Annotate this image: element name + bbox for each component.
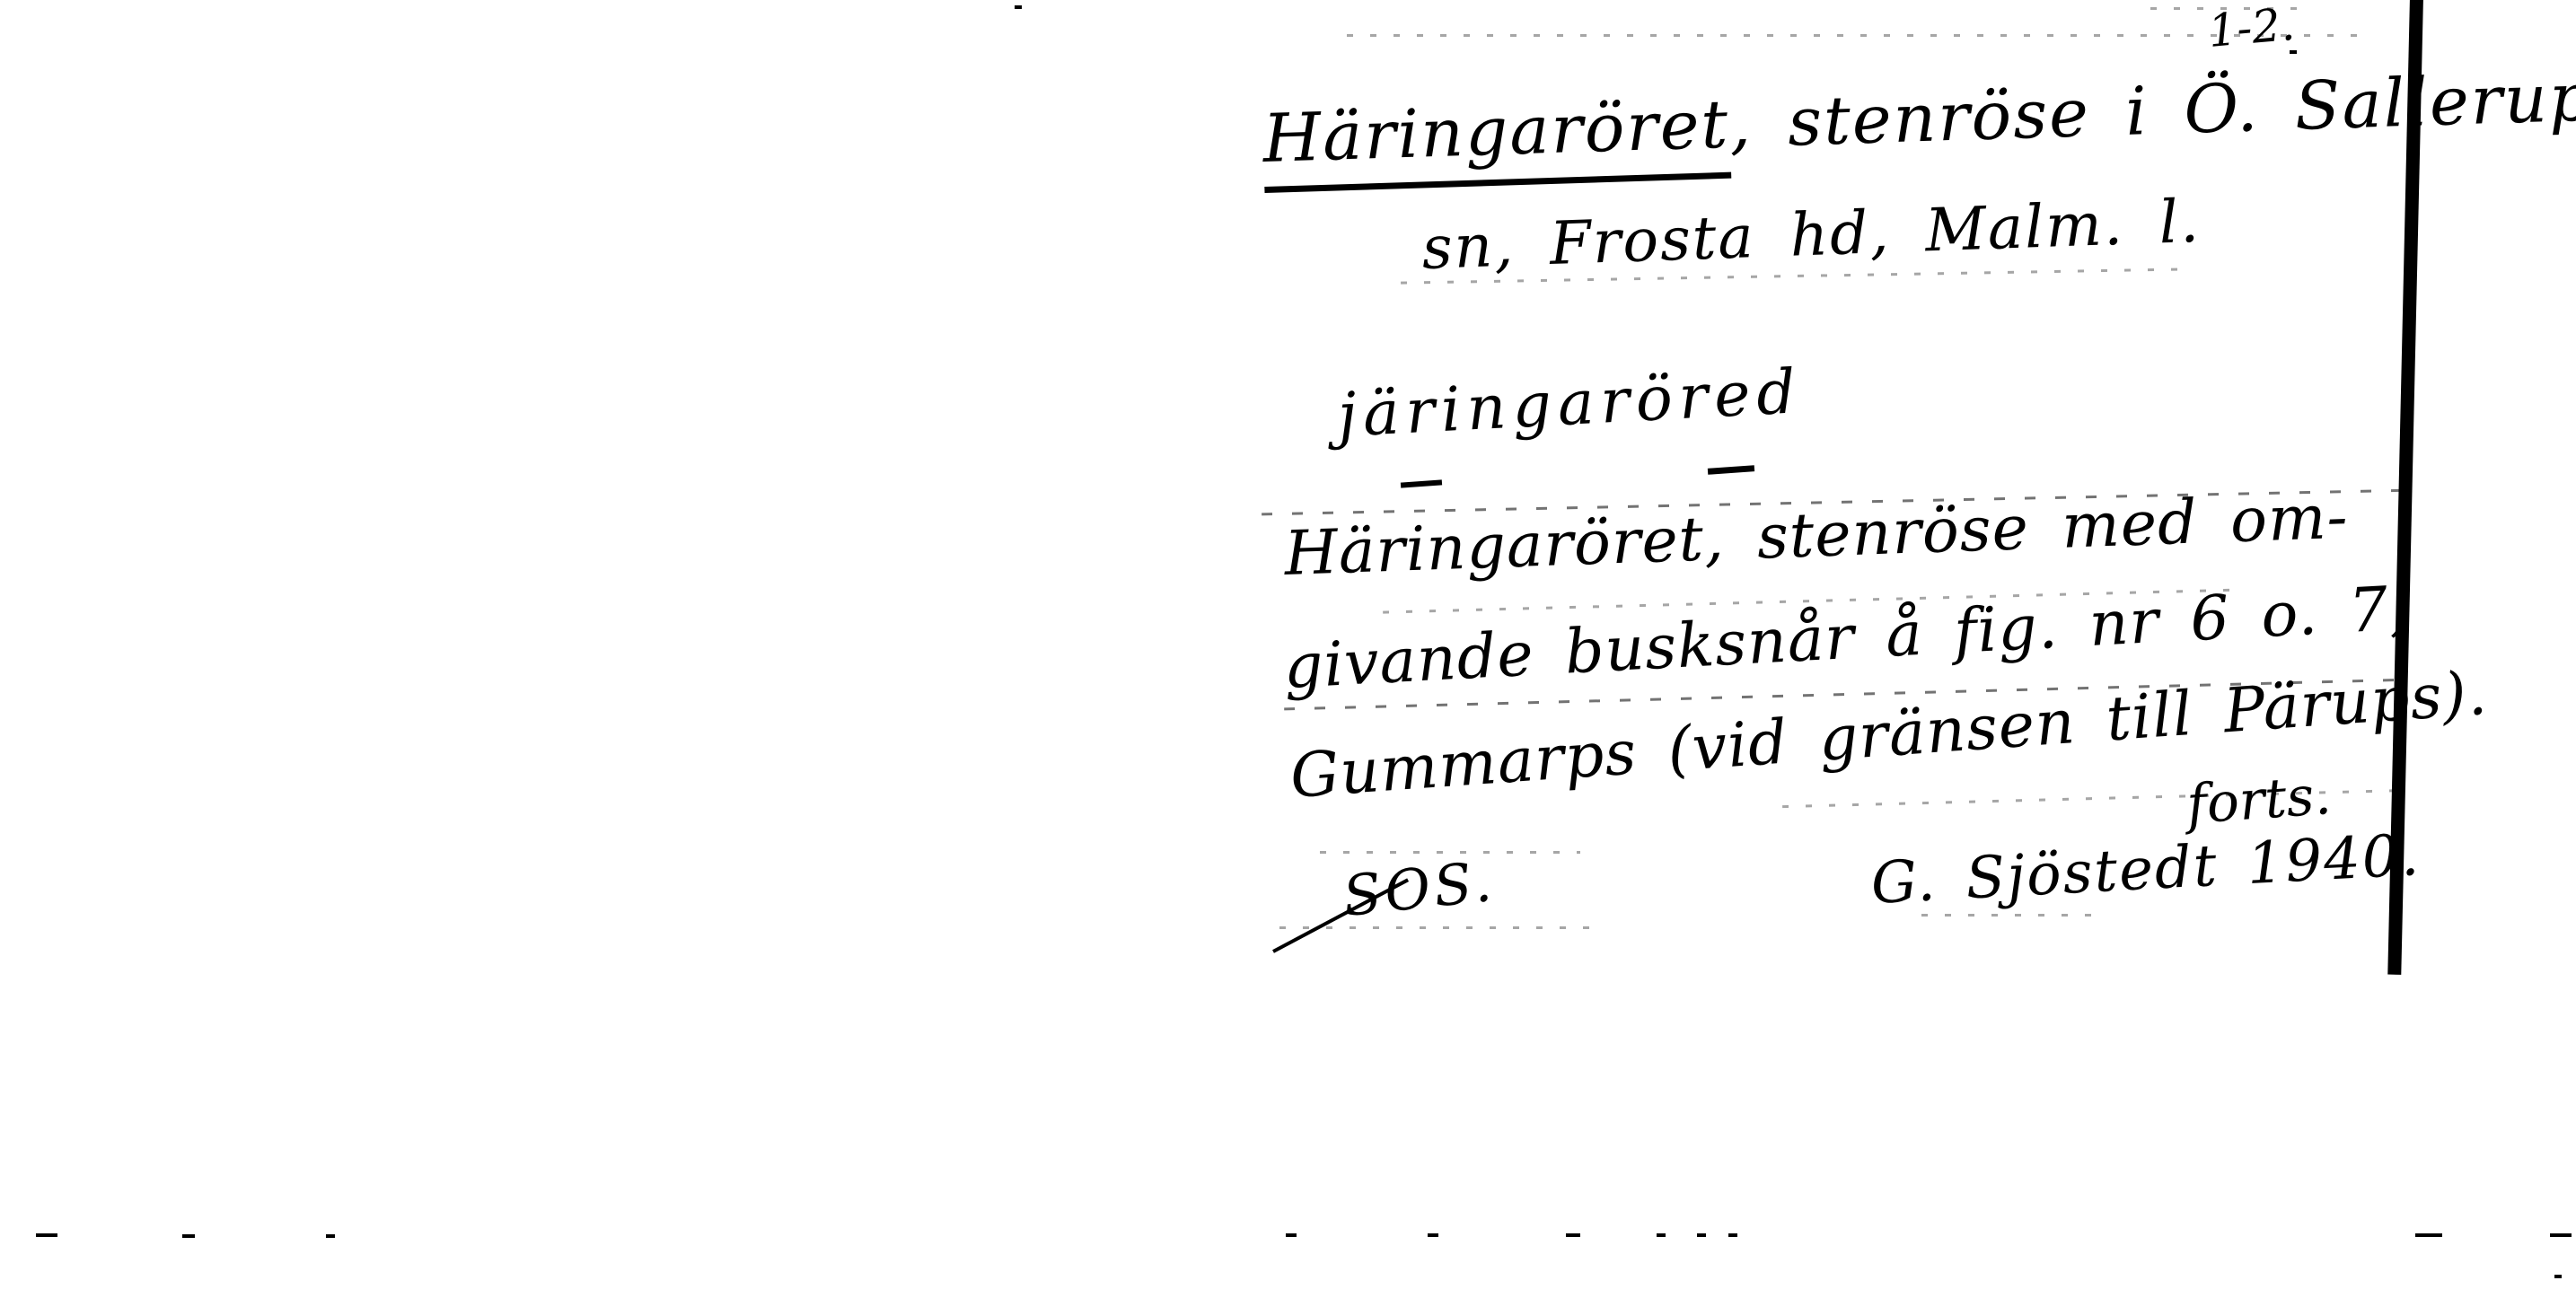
scan-noise [1728,1233,1737,1237]
body-line-1: Häringaröret, stenröse med om- [1283,482,2349,590]
ruled-line [1320,851,1580,854]
scan-noise [1286,1233,1297,1237]
dialect-underline-o [1708,465,1754,475]
scan-noise [2554,1275,2562,1278]
scan-noise [1657,1233,1666,1237]
ruled-line [1347,34,2370,37]
scan-noise [2415,1233,2442,1237]
scan-noise [182,1234,195,1238]
dialect-underline-a [1401,479,1442,487]
scanned-card: 1-2. Häringaröret, stenröse i Ö. Salleru… [0,0,2576,1307]
recorder-initials: SOS. [1340,848,1498,929]
continuation-note: forts. [2185,764,2333,837]
card-title-line2: sn, Frosta hd, Malm. l. [1420,187,2202,283]
site-name-underlined: Häringaröret [1262,86,1731,193]
scan-noise [2550,1233,2572,1237]
scan-noise [36,1233,57,1237]
ruled-line [2150,7,2303,10]
site-description: , stenröse i Ö. Sallerups [1728,57,2576,162]
ruled-line [1921,914,2101,917]
scan-noise [1566,1233,1580,1237]
scan-noise [1015,5,1022,9]
scan-noise [2290,50,2297,54]
signature-and-year: G. Sjöstedt 1940. [1869,822,2422,917]
dialect-name: järingaröred [1336,356,1804,452]
card-title-line1: Häringaröret, stenröse i Ö. Sallerups [1262,57,2576,178]
scan-noise [1697,1233,1706,1237]
ruled-line [1279,926,1603,929]
scan-noise [326,1234,335,1238]
scan-noise [1428,1233,1438,1237]
